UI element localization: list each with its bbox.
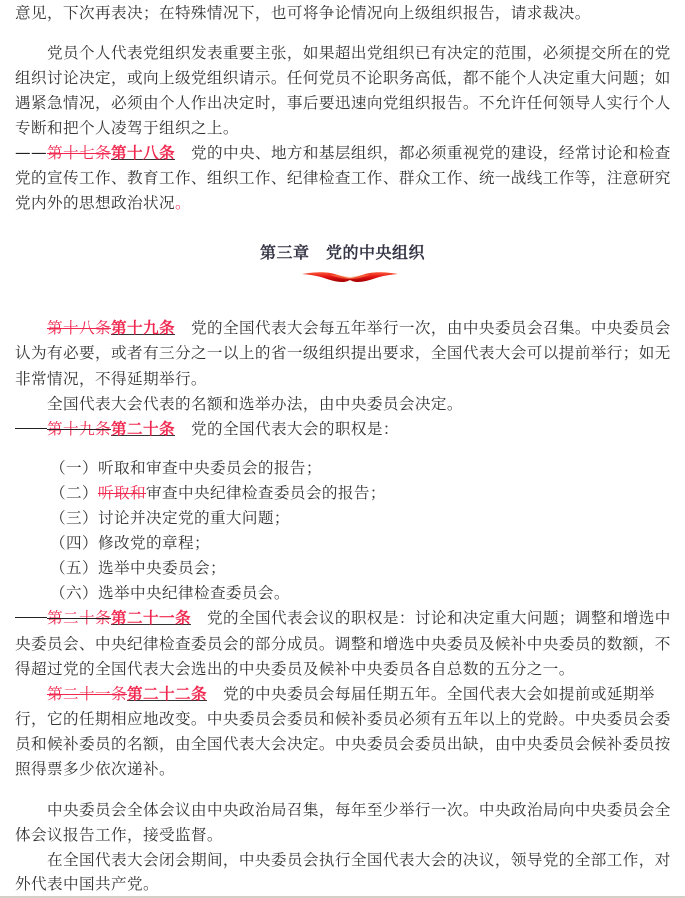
- article-text: 党的中央、地方和基层组织，都必须重视党的建设，经常讨论和检查: [191, 144, 671, 162]
- paragraph-line: 党的宣传工作、教育工作、组织工作、纪律检查工作、群众工作、统一战线工作等，注意研…: [15, 166, 675, 191]
- red-period: 。: [175, 194, 191, 212]
- inserted-article-number: 第二十条: [111, 420, 175, 438]
- deleted-article-number: 第十七条: [47, 144, 111, 162]
- article-text: 党的全国代表大会每五年举行一次，由中央委员会召集。中央委员会: [191, 319, 671, 337]
- paragraph-line: 专断和把个人凌驾于组织之上。: [15, 116, 675, 141]
- list-item: （五）选举中央委员会；: [50, 556, 685, 581]
- list-item: （二）听取和审查中央纪律检查委员会的报告；: [50, 481, 685, 506]
- paragraph-line: 得超过党的全国代表大会选出的中央委员及候补中央委员各自总数的五分之一。: [15, 657, 675, 682]
- paragraph-line: 组织讨论决定，或向上级党组织请示。任何党员不论职务高低，都不能个人决定重大问题；…: [15, 66, 675, 91]
- paragraph-line: 体会议报告工作，接受监督。: [15, 823, 675, 848]
- list-item: （四）修改党的章程；: [50, 531, 685, 556]
- em-dash: ——: [15, 144, 47, 162]
- article-text: 党的中央委员会每届任期五年。全国代表大会如提前或延期举: [223, 685, 655, 703]
- document-page: 意见，下次再表决；在特殊情况下，也可将争论情况向上级组织报告，请求裁决。 党员个…: [0, 0, 685, 898]
- paragraph-line: 非常情况，不得延期举行。: [15, 367, 675, 392]
- article-19-heading-line: 第十八条第十九条 党的全国代表大会每五年举行一次，由中央委员会召集。中央委员会: [47, 316, 675, 341]
- ribbon-divider-icon: [300, 266, 400, 286]
- deleted-article-number: 第二十一条: [47, 685, 127, 703]
- paragraph-line: 全国代表大会代表的名额和选举办法，由中央委员会决定。: [47, 392, 675, 417]
- list-item: （六）选举中央纪律检查委员会。: [50, 581, 685, 606]
- list-number: （四）: [50, 534, 98, 552]
- paragraph-line: 行，它的任期相应地改变。中央委员会委员和候补委员必须有五年以上的党龄。中央委员会…: [15, 707, 675, 732]
- list-item: （三）讨论并决定党的重大问题；: [50, 506, 685, 531]
- article-text: 党内外的思想政治状况: [15, 194, 175, 212]
- list-number: （六）: [50, 584, 98, 602]
- list-text: 选举中央委员会；: [98, 559, 226, 577]
- paragraph-line: 在全国代表大会闭会期间，中央委员会执行全国代表大会的决议，领导党的全部工作，对: [47, 848, 675, 873]
- deleted-article-number: 第二十条: [47, 609, 111, 627]
- article-18-heading-line: ——第十七条第十八条 党的中央、地方和基层组织，都必须重视党的建设，经常讨论和检…: [15, 141, 675, 166]
- strike-line: [15, 617, 47, 618]
- inserted-article-number: 第十八条: [111, 144, 175, 162]
- paragraph-line: 遇紧急情况，必须由个人作出决定时，事后要迅速向党组织报告。不允许任何领导人实行个…: [15, 91, 675, 116]
- paragraph-line: 党内外的思想政治状况。: [15, 191, 675, 216]
- strike-line: [15, 428, 47, 429]
- list-number: （三）: [50, 509, 98, 527]
- chapter-title: 第三章 党的中央组织: [0, 241, 685, 265]
- list-number: （五）: [50, 559, 98, 577]
- paragraph-line: 央委员会、中央纪律检查委员会的部分成员。调整和增选中央委员及候补中央委员的数额，…: [15, 632, 675, 657]
- article-text: 党的全国代表会议的职权是：讨论和决定重大问题；调整和增选中: [207, 609, 671, 627]
- paragraph-line: 外代表中国共产党。: [15, 872, 675, 897]
- article-22-heading-line: 第二十一条第二十二条 党的中央委员会每届任期五年。全国代表大会如提前或延期举: [47, 682, 675, 707]
- list-item: （一）听取和审查中央委员会的报告；: [50, 456, 685, 481]
- paragraph-line: 员和候补委员的名额，由全国代表大会决定。中央委员会委员出缺，由中央委员会候补委员…: [15, 732, 675, 757]
- deleted-text: 听取和: [98, 484, 146, 502]
- deleted-article-number: 第十九条: [47, 420, 111, 438]
- list-text: 修改党的章程；: [98, 534, 210, 552]
- list-text: 听取和审查中央委员会的报告；: [98, 459, 322, 477]
- list-number: （一）: [50, 459, 98, 477]
- article-text: 党的全国代表大会的职权是：: [191, 420, 399, 438]
- paragraph-line: 党员个人代表党组织发表重要主张，如果超出党组织已有决定的范围，必须提交所在的党: [47, 41, 675, 66]
- list-text: 选举中央纪律检查委员会。: [98, 584, 290, 602]
- inserted-article-number: 第二十二条: [127, 685, 207, 703]
- inserted-article-number: 第十九条: [111, 319, 175, 337]
- paragraph-line: 中央委员会全体会议由中央政治局召集，每年至少举行一次。中央政治局向中央委员会全: [47, 798, 675, 823]
- paragraph-line: 认为有必要，或者有三分之一以上的省一级组织提出要求，全国代表大会可以提前举行；如…: [15, 341, 675, 366]
- list-text: 审查中央纪律检查委员会的报告；: [146, 484, 386, 502]
- inserted-article-number: 第二十一条: [111, 609, 191, 627]
- list-text: 讨论并决定党的重大问题；: [98, 509, 290, 527]
- deleted-article-number: 第十八条: [47, 319, 111, 337]
- article-20-heading-line: 第十九条第二十条 党的全国代表大会的职权是：: [15, 417, 675, 442]
- article-21-heading-line: 第二十条第二十一条 党的全国代表会议的职权是：讨论和决定重大问题；调整和增选中: [15, 606, 675, 631]
- paragraph-line: 照得票多少依次递补。: [15, 757, 675, 782]
- paragraph-line: 意见，下次再表决；在特殊情况下，也可将争论情况向上级组织报告，请求裁决。: [15, 1, 675, 26]
- list-number: （二）: [50, 484, 98, 502]
